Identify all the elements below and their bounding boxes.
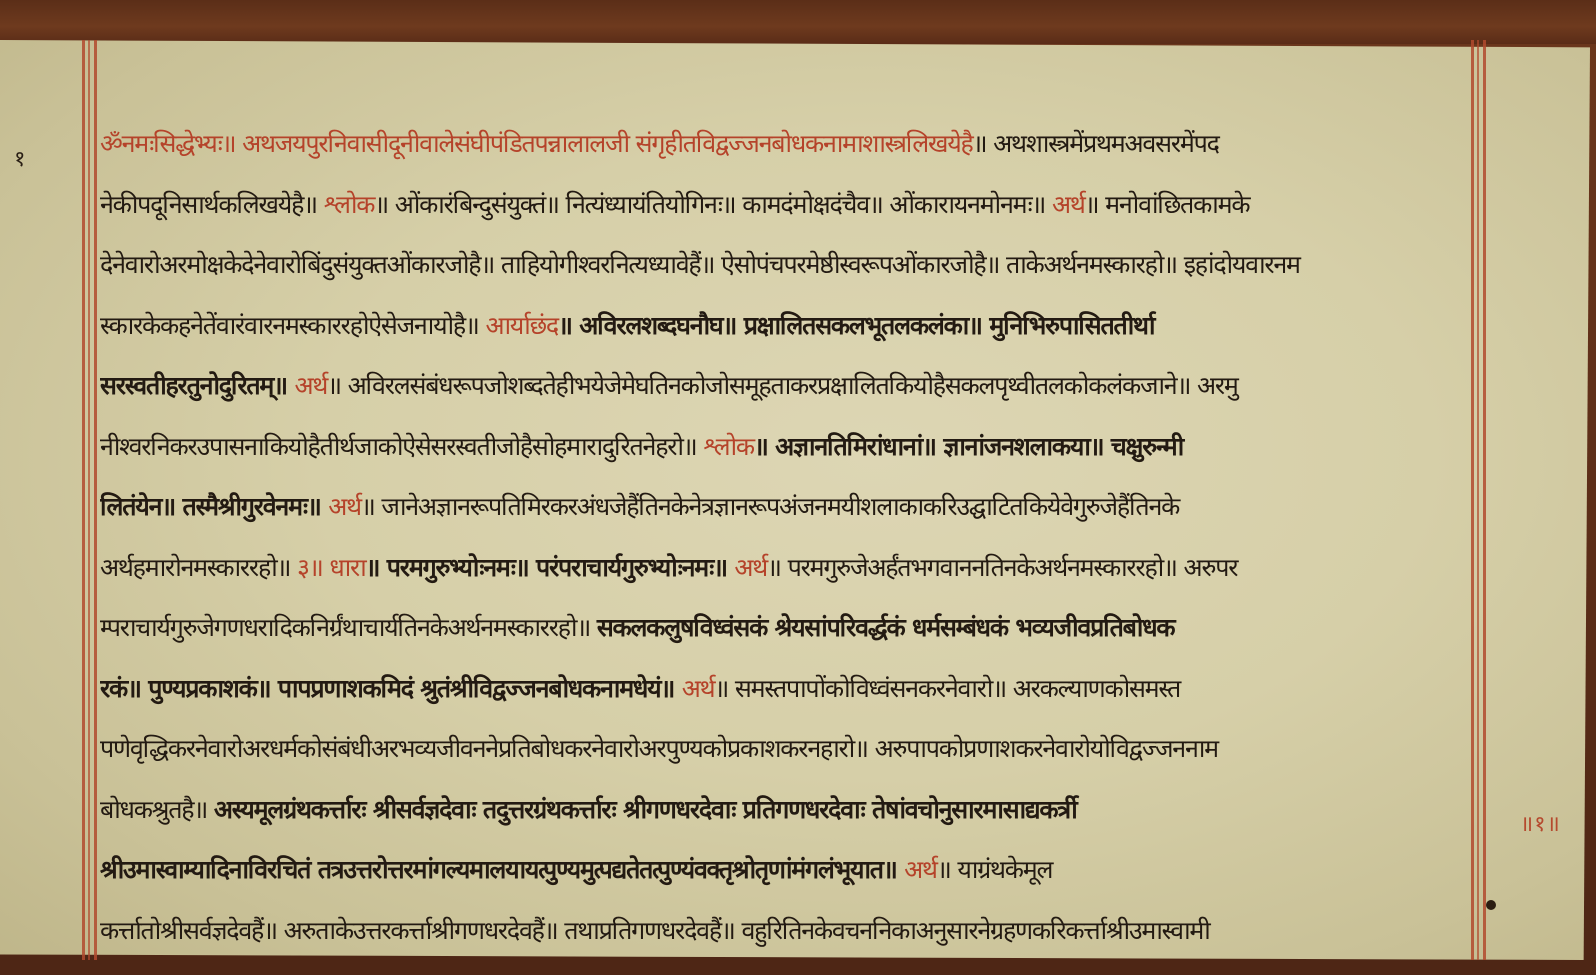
body-text: म्पराचार्यगुरुजेगणधरादिकनिर्ग्रंथाचार्यत…	[100, 613, 597, 642]
left-border-rule-2	[88, 40, 90, 960]
rubric-text: श्लोक	[324, 190, 375, 219]
manuscript-line: लितंयेन॥ तस्मैश्रीगुरवेनमः॥ अर्थ॥ जानेअज…	[100, 489, 1475, 550]
manuscript-line: नीश्वरनिकरउपासनाकियोहैतीर्थजाकोऐसेसरस्वत…	[100, 429, 1475, 490]
manuscript-line: श्रीउमास्वाम्यादिनाविरचितं तत्रउत्तरोत्त…	[100, 852, 1475, 913]
body-text: लितंयेन॥ तस्मैश्रीगुरवेनमः॥	[100, 492, 328, 521]
body-text: सरस्वतीहरतुनोदुरितम्॥	[100, 371, 294, 400]
punch-hole-mark	[1486, 900, 1496, 910]
body-text: ॥ मनोवांछितकामके	[1085, 190, 1250, 219]
manuscript-line: रकं॥ पुण्यप्रकाशकं॥ पापप्रणाशकमिदं श्रुत…	[100, 671, 1475, 732]
manuscript-text-block: ॐनमःसिद्धेभ्यः॥ अथजयपुरनिवासीदूनीवालेसंघ…	[100, 126, 1475, 973]
body-text: कर्त्तातोश्रीसर्वज्ञदेवहैं॥ अरुताकेउत्तर…	[100, 916, 1210, 945]
body-text: ॥ परमगुरुभ्योःनमः॥ परंपराचार्यगुरुभ्योःन…	[366, 553, 735, 582]
body-text: ॥ ओंकारंबिन्दुसंयुक्तं॥ नित्यंध्यायंतियो…	[374, 190, 1052, 219]
manuscript-line: अर्थहमारोनमस्काररहो॥ ३॥ धारा॥ परमगुरुभ्य…	[100, 550, 1475, 611]
rubric-text: अर्थ	[1052, 190, 1085, 219]
body-text: ॥ जानेअज्ञानरूपतिमिरकरअंधजेहैंतिनकेनेत्र…	[361, 492, 1179, 521]
left-border-rule-3	[94, 40, 97, 960]
rubric-text: अर्थ	[294, 371, 327, 400]
rubric-text: अर्थ	[328, 492, 361, 521]
body-text: पणेवृद्धिकरनेवारोअरधर्मकोसंबंधीअरभव्यजीव…	[100, 734, 1218, 763]
manuscript-line: पणेवृद्धिकरनेवारोअरधर्मकोसंबंधीअरभव्यजीव…	[100, 731, 1475, 792]
manuscript-line: स्कारकेकहनेतेंवारंवारनमस्काररहोऐसेजनायोह…	[100, 308, 1475, 369]
body-text: ॥ अज्ञानतिमिरांधानां॥ ज्ञानांजनशलाकया॥ च…	[754, 432, 1183, 461]
body-text: नेकीपदूनिसार्थकलिखयेहै॥	[100, 190, 324, 219]
rubric-text: अर्थ	[904, 855, 937, 884]
body-text: ॥ अविरलसंबंधरूपजोशब्दतेहीभयेजेमेघतिनकोजो…	[327, 371, 1238, 400]
folio-number-left: १	[14, 143, 25, 173]
body-text: ॥ अथशास्त्रमेंप्रथमअवसरमेंपद	[973, 129, 1219, 158]
wooden-surface-edge	[0, 0, 1596, 44]
body-text: ॥ समस्तपापोंकोविध्वंसनकरनेवारो॥ अरकल्याण…	[714, 674, 1180, 703]
rubric-text: अर्थ	[682, 674, 715, 703]
photo-background: १ ॥१॥ ॐनमःसिद्धेभ्यः॥ अथजयपुरनिवासीदूनीव…	[0, 0, 1596, 975]
body-text: अस्यमूलग्रंथकर्त्तारः श्रीसर्वज्ञदेवाः त…	[214, 795, 1077, 824]
manuscript-line: देनेवारोअरमोक्षकेदेनेवारोबिंदुसंयुक्तओंक…	[100, 247, 1475, 308]
manuscript-line: नेकीपदूनिसार्थकलिखयेहै॥ श्लोक॥ ओंकारंबिन…	[100, 187, 1475, 248]
manuscript-line: म्पराचार्यगुरुजेगणधरादिकनिर्ग्रंथाचार्यत…	[100, 610, 1475, 671]
manuscript-line: बोधकश्रुतहै॥ अस्यमूलग्रंथकर्त्तारः श्रीस…	[100, 792, 1475, 853]
body-text: ॥ याग्रंथकेमूल	[937, 855, 1052, 884]
right-border-rule-3	[1483, 40, 1486, 960]
body-text: स्कारकेकहनेतेंवारंवारनमस्काररहोऐसेजनायोह…	[100, 311, 485, 340]
body-text: अर्थहमारोनमस्काररहो॥	[100, 553, 297, 582]
body-text: नीश्वरनिकरउपासनाकियोहैतीर्थजाकोऐसेसरस्वत…	[100, 432, 703, 461]
body-text: बोधकश्रुतहै॥	[100, 795, 214, 824]
right-border-rule-2	[1477, 40, 1479, 960]
body-text: देनेवारोअरमोक्षकेदेनेवारोबिंदुसंयुक्तओंक…	[100, 250, 1300, 279]
body-text: ॥ अविरलशब्दघनौघ॥ प्रक्षालितसकलभूतलकलंका॥…	[558, 311, 1154, 340]
manuscript-line: ॐनमःसिद्धेभ्यः॥ अथजयपुरनिवासीदूनीवालेसंघ…	[100, 126, 1475, 187]
rubric-text: ३॥ धारा	[297, 553, 365, 582]
body-text: श्रीउमास्वाम्यादिनाविरचितं तत्रउत्तरोत्त…	[100, 855, 904, 884]
rubric-text: अर्थ	[734, 553, 767, 582]
folio-number-right: ॥१॥	[1520, 808, 1561, 838]
manuscript-line: कर्त्तातोश्रीसर्वज्ञदेवहैं॥ अरुताकेउत्तर…	[100, 913, 1475, 974]
body-text: सकलकलुषविध्वंसकं श्रेयसांपरिवर्द्धकं धर्…	[597, 613, 1175, 642]
body-text: ॥ परमगुरुजेअर्हंतभगवाननतिनकेअर्थनमस्कारर…	[767, 553, 1237, 582]
rubric-text: ॐनमःसिद्धेभ्यः॥ अथजयपुरनिवासीदूनीवालेसंघ…	[100, 129, 973, 158]
rubric-text: आर्याछंद	[485, 311, 558, 340]
body-text: रकं॥ पुण्यप्रकाशकं॥ पापप्रणाशकमिदं श्रुत…	[100, 674, 682, 703]
rubric-text: श्लोक	[703, 432, 754, 461]
left-border-rule-1	[82, 40, 85, 960]
manuscript-line: सरस्वतीहरतुनोदुरितम्॥ अर्थ॥ अविरलसंबंधरू…	[100, 368, 1475, 429]
